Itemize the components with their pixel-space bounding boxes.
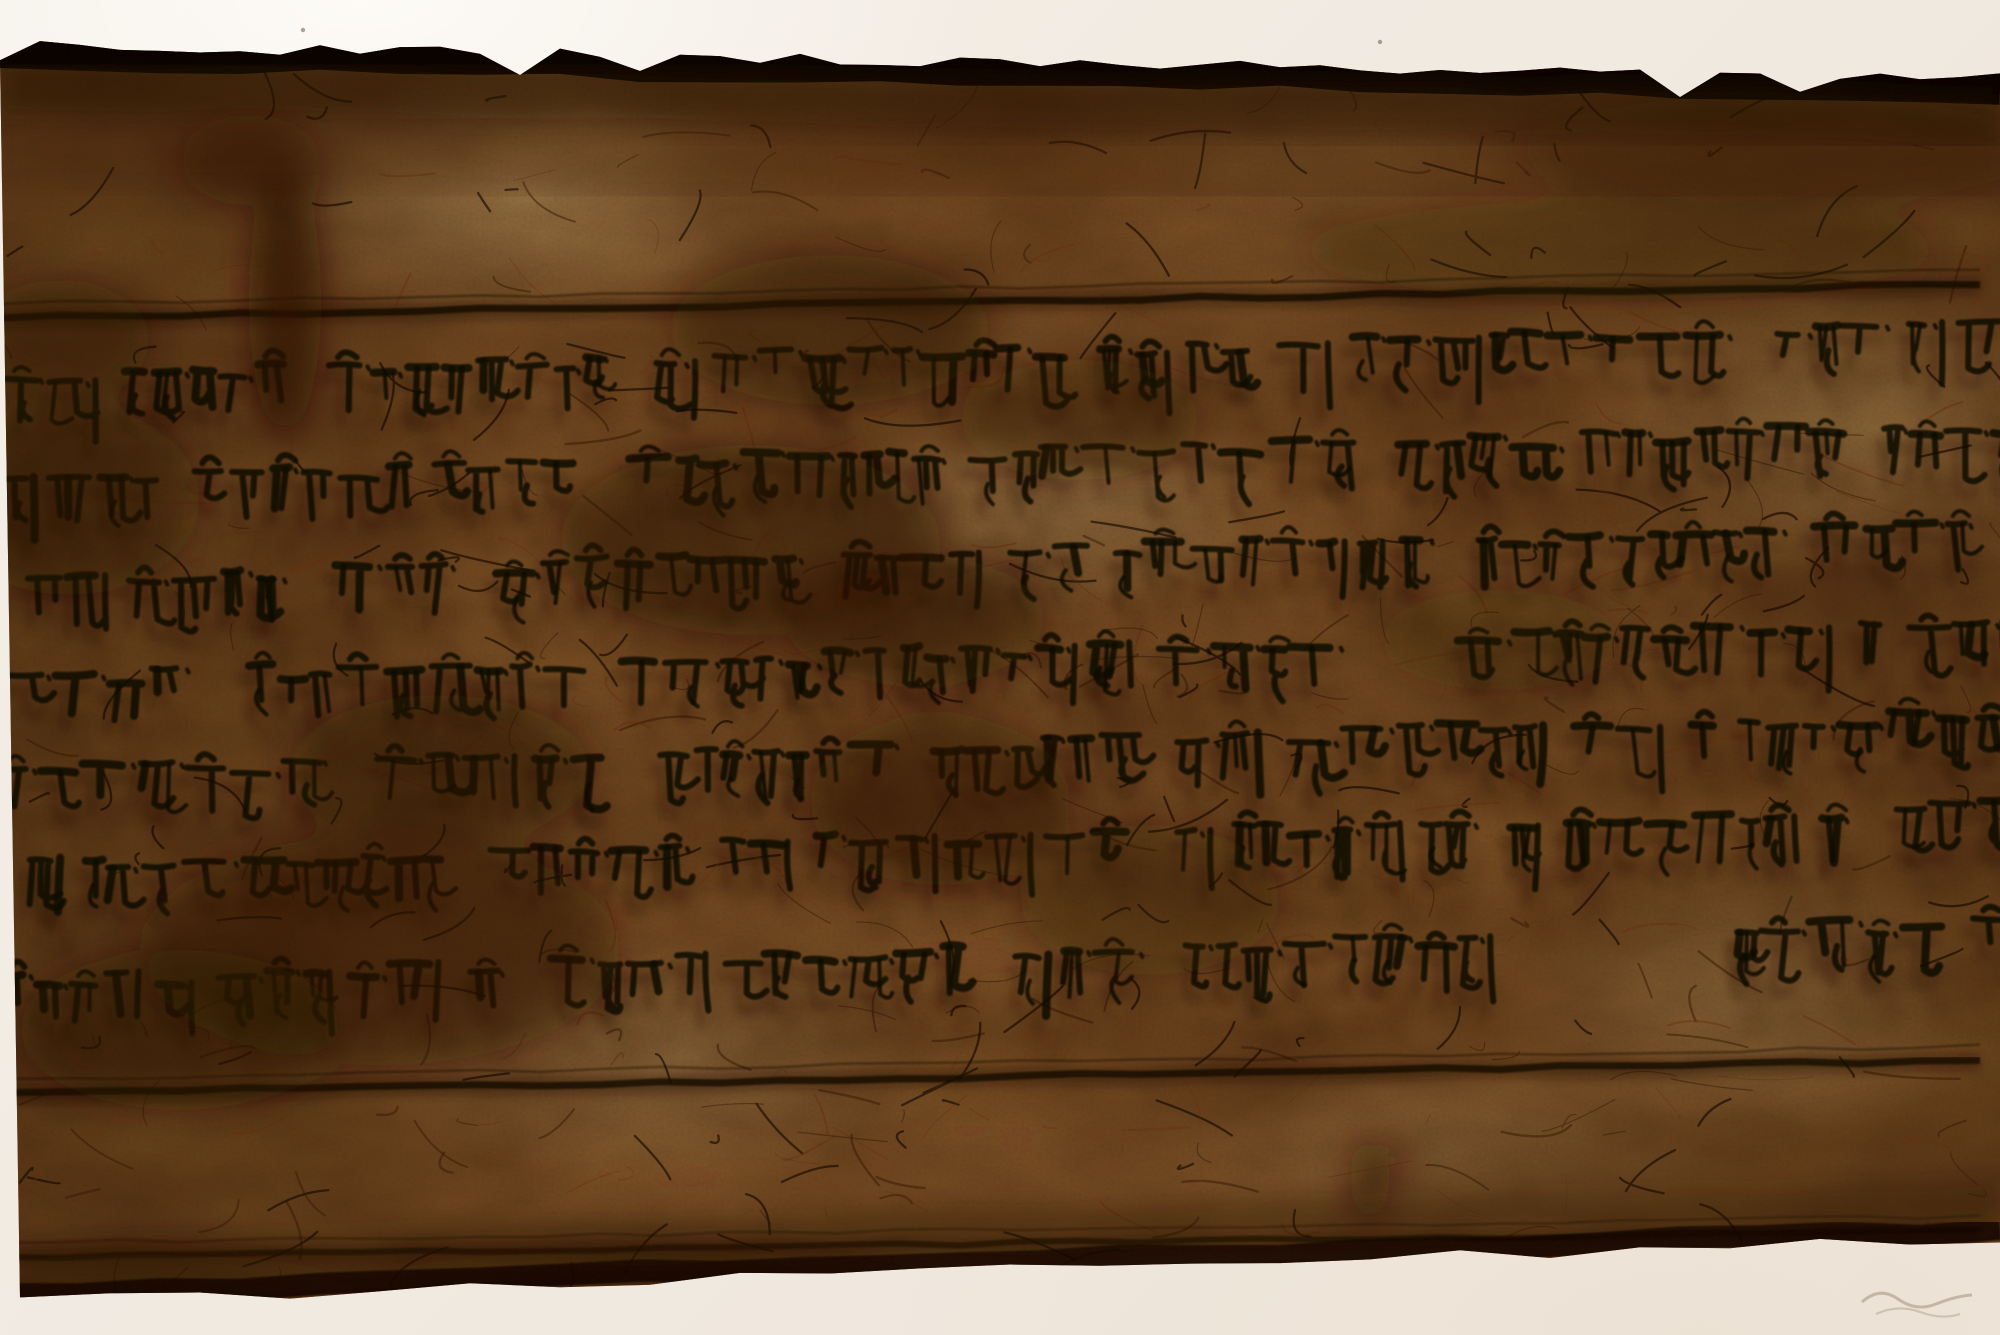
paper-grain-texture [0, 0, 2000, 1335]
dust-speck [301, 28, 305, 32]
manuscript-page [0, 0, 2000, 1335]
dust-speck [1378, 40, 1382, 44]
manuscript-artwork [0, 0, 2000, 1335]
pencil-squiggle [1862, 1293, 1972, 1316]
manuscript-photo [0, 0, 2000, 1335]
